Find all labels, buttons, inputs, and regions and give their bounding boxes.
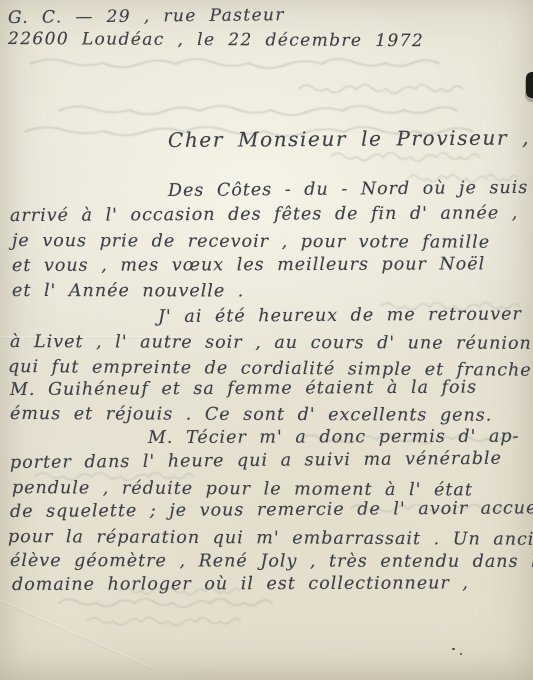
body-line: J' ai été heureux de me retrouver [158,304,522,327]
paper-speck [460,653,462,655]
body-line: à Livet , l' autre soir , au cours d' un… [10,332,532,354]
body-line: M. Técier m' a donc permis d' ap- [148,427,520,448]
bleedthrough-ghost-line [330,150,480,165]
bleedthrough-ghost-line [30,56,440,72]
right-edge-ink-mark [526,72,533,98]
place-date-line: 22600 Loudéac , le 22 décembre 1972 [8,29,424,51]
body-line: et vous , mes vœux les meilleurs pour No… [12,254,485,276]
body-line: de squelette ; je vous remercie de l' av… [10,498,533,522]
body-line: et l' Année nouvelle . [12,281,244,301]
body-line: porter dans l' heure qui a suivi ma véné… [10,449,502,473]
body-line: pour la réparation qui m' embarrassait .… [8,527,533,550]
body-line: émus et réjouis . Ce sont d' excellents … [10,404,492,426]
body-line: M. Guihéneuf et sa femme étaient à la fo… [10,378,477,400]
bleedthrough-ghost-line [58,596,273,611]
letter-page: G. C. — 29 , rue Pasteur 22600 Loudéac ,… [0,0,533,680]
body-line: je vous prie de recevoir , pour votre fa… [12,231,490,253]
body-line: pendule , réduite pour le moment à l' ét… [12,478,473,500]
paper-speck [452,648,455,650]
body-line: Des Côtes - du - Nord où je suis [168,178,528,201]
sender-address-line: G. C. — 29 , rue Pasteur [8,5,285,28]
bleedthrough-ghost-line [58,103,458,119]
body-line: domaine horloger où il est collectionneu… [12,573,469,595]
body-line: élève géomètre , René Joly , très entend… [10,551,533,572]
body-line: arrivé à l' occasion des fêtes de fin d'… [10,203,518,226]
salutation: Cher Monsieur le Proviseur , [168,125,530,152]
bleedthrough-ghost-line [86,615,241,629]
bleedthrough-ghost-line [298,82,463,97]
